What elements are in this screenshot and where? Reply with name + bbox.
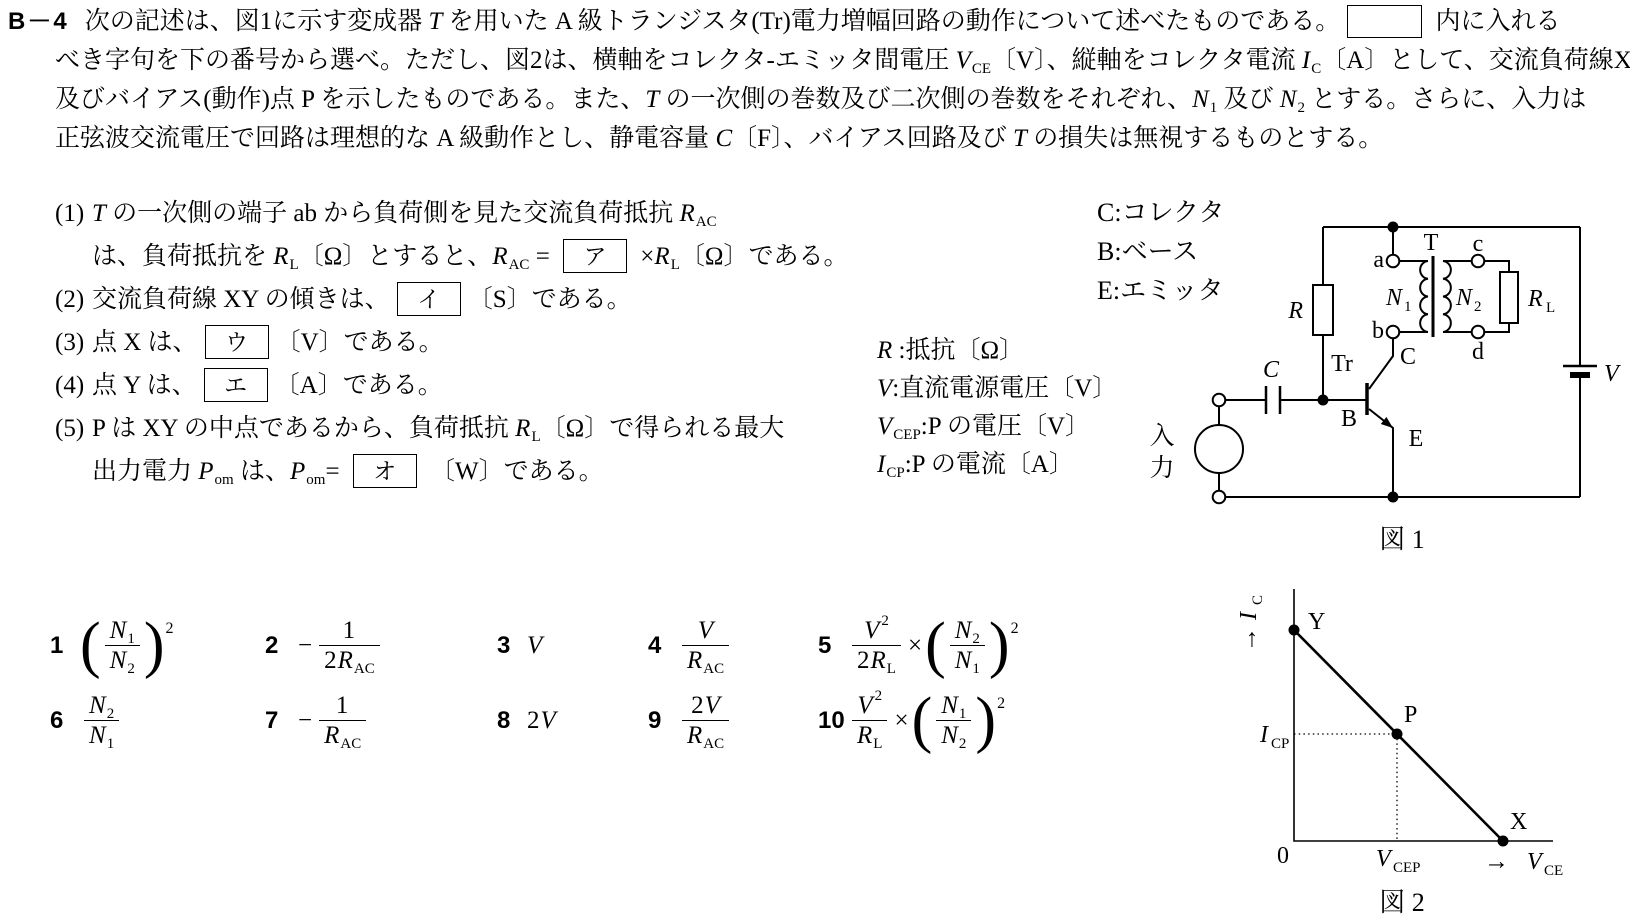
math-var: RAC: [680, 200, 717, 227]
formula-variable: V: [527, 632, 542, 660]
axes: [1294, 589, 1553, 841]
option-8-formula: 2V: [527, 707, 556, 735]
input-label-2: 力: [1149, 454, 1174, 482]
math-var: N1: [955, 647, 980, 675]
answer-blank-box: エ: [204, 368, 268, 402]
text-run: =: [325, 458, 345, 485]
formula-variable: N2: [89, 692, 114, 720]
Icp-label: I: [1259, 722, 1269, 748]
ac-source: [1195, 425, 1243, 473]
formula-variable: V: [541, 707, 556, 735]
fig2-caption: 図 2: [1379, 888, 1425, 917]
formula-variable: N2: [110, 647, 135, 675]
times-sign: ×: [894, 707, 908, 735]
Vcep-sub: CEP: [1393, 860, 1421, 876]
text-run: 正弦波交流電圧で回路は理想的な A 級動作とし、静電容量: [55, 125, 715, 152]
math-var: C: [715, 125, 732, 152]
answer-options: 1(N1N2)2 2−12RAC 3V 4VRAC 5V22RL×(N2N1)2…: [40, 608, 1019, 758]
formula-variable: RL: [871, 647, 896, 675]
text-run: ×: [634, 243, 654, 270]
math-var: T: [1013, 125, 1027, 152]
option-5-number: 5: [818, 632, 848, 660]
fraction: VRAC: [682, 616, 729, 676]
fraction: 12RAC: [319, 616, 380, 676]
resistor-R: [1313, 285, 1333, 335]
terminal-a: [1387, 255, 1400, 268]
question-2-line: (2)交流負荷線 XY の傾きは、イ〔S〕である。: [55, 278, 845, 321]
junction-dot: [1388, 222, 1399, 233]
secondary-turns-sub: 2: [1474, 299, 1482, 315]
option-5-formula: V22RL×(N2N1)2: [848, 616, 1019, 676]
Vcep-label: V: [1376, 846, 1393, 872]
text-run: :P の電流〔A〕: [905, 451, 1074, 478]
option-2-number: 2: [265, 632, 295, 660]
x-axis-label: V: [1527, 849, 1544, 875]
junction-dot: [1388, 492, 1399, 503]
answer-blank-box: イ: [397, 282, 461, 316]
answer-blank-box: ア: [563, 239, 627, 273]
fraction: N1N2: [936, 691, 971, 751]
math-var: N2: [941, 722, 966, 750]
text-run: 〔Ω〕で得られる最大: [541, 415, 785, 442]
y-axis-label-group: → I C: [1235, 595, 1266, 652]
formula-digit: 2: [527, 707, 540, 735]
option-6-number: 6: [50, 707, 80, 735]
math-var: RAC: [687, 722, 724, 750]
question-3-text: 点 X は、ウ〔V〕である。: [92, 329, 444, 356]
text-run: 点 Y は、: [92, 372, 197, 399]
guide-dotted-lines: [1294, 734, 1397, 841]
close-paren: ): [975, 692, 996, 749]
primary-coil: [1420, 261, 1428, 332]
load-resistor-sub: L: [1546, 300, 1555, 316]
math-var: T: [428, 8, 442, 35]
math-var: ICP: [877, 451, 905, 478]
fraction: N2N1: [84, 691, 119, 751]
text-run: 交流負荷線 XY の傾きは、: [92, 286, 390, 313]
minus-sign: −: [298, 632, 312, 660]
point-X-label: X: [1510, 809, 1527, 835]
question-1-line-2: は、負荷抵抗を RL〔Ω〕とすると、RAC = ア ×RL〔Ω〕である。: [55, 235, 845, 278]
transformer-label: T: [1424, 230, 1439, 256]
times-sign: ×: [908, 632, 922, 660]
collector-label: C: [1400, 344, 1416, 370]
option-3-formula: V: [527, 632, 542, 660]
option-10-formula: V2RL×(N1N2)2: [848, 691, 1005, 751]
option-9: 92VRAC: [648, 691, 818, 751]
question-3-number: (3): [55, 321, 92, 364]
question-1-number: (1): [55, 192, 92, 235]
graph-axes: [1294, 589, 1553, 841]
math-var: RL: [515, 415, 540, 442]
formula-variable: N1: [955, 647, 980, 675]
option-8-number: 8: [497, 707, 527, 735]
text-run: 点 X は、: [92, 329, 198, 356]
formula-digit: 2: [857, 647, 870, 675]
math-var: N1: [89, 722, 114, 750]
secondary-coil: [1443, 261, 1451, 332]
question-4-line: (4)点 Y は、エ〔A〕である。: [55, 364, 845, 407]
squared-exponent: 2: [1011, 620, 1019, 638]
fraction: N2N1: [950, 616, 985, 676]
formula-variable: N1: [89, 722, 114, 750]
text-run: 〔A〕である。: [275, 372, 443, 399]
option-4-formula: VRAC: [678, 616, 733, 676]
primary-turns-sub: 1: [1404, 299, 1412, 315]
text-run: とする。さらに、入力は: [1305, 86, 1586, 113]
statement-line-2: べき字句を下の番号から選べ。ただし、図2は、横軸をコレクタ-エミッタ間電圧 VC…: [8, 41, 1628, 80]
formula-variable: V2: [864, 617, 889, 645]
text-run: :P の電圧〔V〕: [921, 413, 1090, 440]
text-run: 〔A〕として、交流負荷線XY: [1321, 47, 1630, 74]
math-var: V: [698, 617, 713, 645]
legend-Icp: ICP:P の電流〔A〕: [877, 446, 1117, 484]
terminal-d-label: d: [1472, 339, 1484, 365]
text-run: :抵抗〔Ω〕: [892, 337, 1024, 364]
text-run: 〔S〕である。: [468, 286, 632, 313]
answer-blank-box: [1347, 5, 1422, 38]
math-var: N1: [1192, 86, 1217, 113]
fraction: 1RAC: [319, 691, 366, 751]
math-var: RL: [857, 722, 882, 750]
answer-blank-box: オ: [353, 454, 417, 488]
statement-line-1: B－4次の記述は、図1に示す変成器 T を用いた A 級トランジスタ(Tr)電力…: [8, 2, 1628, 41]
text-run: 〔W〕である。: [424, 458, 604, 485]
math-var: N2: [955, 617, 980, 645]
option-7: 7−1RAC: [265, 691, 497, 751]
origin-label: 0: [1277, 843, 1289, 869]
open-paren: (: [80, 617, 101, 674]
fraction: N1N2: [105, 616, 140, 676]
formula-variable: RL: [857, 722, 882, 750]
math-var: N2: [110, 647, 135, 675]
text-run: 〔V〕、縦軸をコレクタ電流: [991, 47, 1302, 74]
formula-digit: 1: [336, 692, 349, 720]
option-1: 1(N1N2)2: [50, 616, 265, 676]
point-P: [1392, 729, 1403, 740]
battery-label: V: [1604, 361, 1621, 387]
answer-blank-box: ウ: [205, 325, 269, 359]
math-var: R: [877, 337, 892, 364]
exam-document: B－4次の記述は、図1に示す変成器 T を用いた A 級トランジスタ(Tr)電力…: [0, 0, 1630, 920]
formula-variable: RAC: [338, 647, 375, 675]
option-4: 4VRAC: [648, 616, 818, 676]
text-run: 〔F〕、バイアス回路及び: [732, 125, 1013, 152]
primary-turns-label: N: [1385, 285, 1404, 311]
question-2-text: 交流負荷線 XY の傾きは、イ〔S〕である。: [92, 286, 632, 313]
Icp-sub: CP: [1271, 736, 1289, 752]
symbol-legend-circuit: R :抵抗〔Ω〕 V:直流電源電圧〔V〕 VCEP:P の電圧〔V〕 ICP:P…: [877, 332, 1117, 484]
text-run: 次の記述は、図1に示す変成器: [85, 8, 429, 35]
input-terminal-bottom: [1213, 491, 1226, 504]
squared-exponent: 2: [166, 620, 174, 638]
text-run: の損失は無視するものとする。: [1027, 125, 1383, 152]
fraction: 2VRAC: [682, 691, 729, 751]
point-Y-label: Y: [1308, 609, 1325, 635]
math-var: N2: [1280, 86, 1305, 113]
text-run: を用いた A 級トランジスタ(Tr)電力増幅回路の動作について述べたものである。: [442, 8, 1340, 35]
y-axis-arrow: →: [1235, 627, 1262, 652]
math-var: RL: [273, 243, 298, 270]
x-axis-arrow: →: [1484, 848, 1509, 875]
text-run: 出力電力: [92, 458, 198, 485]
formula-variable: V: [698, 617, 713, 645]
legend-V: V:直流電源電圧〔V〕: [877, 370, 1117, 408]
close-paren: ): [989, 617, 1010, 674]
math-var: RAC: [324, 722, 361, 750]
math-var: V: [864, 617, 879, 645]
text-run: の一次側の巻数及び二次側の巻数をそれぞれ、: [659, 86, 1192, 113]
legend-Vcep: VCEP:P の電圧〔V〕: [877, 408, 1117, 446]
math-var: Pom: [198, 458, 233, 485]
legend-R: R :抵抗〔Ω〕: [877, 332, 1117, 370]
math-var: V: [705, 692, 720, 720]
question-4-text: 点 Y は、エ〔A〕である。: [92, 372, 443, 399]
math-var: VCEP: [877, 413, 921, 440]
transistor-label: Tr: [1331, 351, 1353, 377]
question-4-number: (4): [55, 364, 92, 407]
terminal-a-label: a: [1373, 247, 1384, 273]
capacitor-symbol: [1266, 386, 1280, 414]
squared-exponent: 2: [997, 695, 1005, 713]
point-P-label: P: [1404, 702, 1417, 728]
option-1-formula: (N1N2)2: [80, 616, 174, 676]
option-2-formula: −12RAC: [295, 616, 384, 676]
problem-statement: B－4次の記述は、図1に示す変成器 T を用いた A 級トランジスタ(Tr)電力…: [8, 2, 1628, 158]
question-5-text: P は XY の中点であるから、負荷抵抗 RL〔Ω〕で得られる最大: [92, 415, 784, 442]
fraction: V2RL: [852, 691, 887, 751]
math-var: RAC: [492, 243, 529, 270]
formula-variable: N2: [941, 722, 966, 750]
statement-line-4: 正弦波交流電圧で回路は理想的な A 級動作とし、静電容量 C〔F〕、バイアス回路…: [8, 119, 1628, 158]
formula-variable: RAC: [687, 722, 724, 750]
text-run: 〔Ω〕とすると、: [299, 243, 493, 270]
option-1-number: 1: [50, 632, 80, 660]
question-1-text: T の一次側の端子 ab から負荷側を見た交流負荷抵抗 RAC: [92, 200, 717, 227]
close-paren: ): [144, 617, 165, 674]
input-label-1: 入: [1149, 422, 1174, 450]
math-var: RAC: [687, 647, 724, 675]
math-var: N1: [941, 692, 966, 720]
formula-variable: RAC: [324, 722, 361, 750]
question-2-number: (2): [55, 278, 92, 321]
formula-digit: 2: [691, 692, 704, 720]
text-run: :直流電源電圧〔V〕: [892, 375, 1117, 402]
question-number-label: B－4: [8, 8, 69, 35]
formula-variable: RAC: [687, 647, 724, 675]
y-axis-label-sub: C: [1250, 595, 1266, 605]
fig2-load-line-graph: Y P X 0 I CP V CEP → V CE → I C 図 2: [1235, 575, 1630, 920]
option-6: 6N2N1: [50, 691, 265, 751]
statement-text: 次の記述は、図1に示す変成器 T を用いた A 級トランジスタ(Tr)電力増幅回…: [85, 8, 1561, 35]
math-var: IC: [1302, 47, 1321, 74]
terminal-b-label: b: [1372, 318, 1384, 344]
option-4-number: 4: [648, 632, 678, 660]
statement-line-3: 及びバイアス(動作)点 P を示したものである。また、T の一次側の巻数及び二次…: [8, 80, 1628, 119]
math-var: V: [541, 707, 556, 735]
text-run: =: [529, 243, 556, 270]
open-paren: (: [925, 617, 946, 674]
option-6-formula: N2N1: [80, 691, 123, 751]
x-axis-label-sub: CE: [1544, 863, 1563, 879]
option-10: 10V2RL×(N1N2)2: [818, 691, 1019, 751]
option-10-number: 10: [818, 707, 848, 735]
y-axis-label: I: [1236, 611, 1262, 621]
formula-variable: N1: [110, 617, 135, 645]
formula-digit: 1: [343, 617, 356, 645]
option-9-formula: 2VRAC: [678, 691, 733, 751]
open-paren: (: [912, 692, 933, 749]
input-terminal-top: [1213, 394, 1226, 407]
question-5-line-1: (5)P は XY の中点であるから、負荷抵抗 RL〔Ω〕で得られる最大: [55, 407, 845, 450]
option-2: 2−12RAC: [265, 616, 497, 676]
math-var: V: [527, 632, 542, 660]
math-var: Pom: [290, 458, 325, 485]
terminal-d: [1472, 326, 1485, 339]
text-run: 内に入れる: [1429, 8, 1560, 35]
formula-variable: V2: [857, 692, 882, 720]
option-8: 82V: [497, 707, 648, 735]
fig1-circuit-diagram: 入 力 C R Tr B C E a b c d T N 1 N 2 R L V…: [1100, 190, 1630, 565]
question-1-line-1: (1)T の一次側の端子 ab から負荷側を見た交流負荷抵抗 RAC: [55, 192, 845, 235]
option-7-formula: −1RAC: [295, 691, 370, 751]
formula-variable: N1: [941, 692, 966, 720]
math-var: N2: [89, 692, 114, 720]
secondary-turns-label: N: [1455, 285, 1474, 311]
base-label: B: [1341, 406, 1357, 432]
text-run: べき字句を下の番号から選べ。ただし、図2は、横軸をコレクタ-エミッタ間電圧: [55, 47, 956, 74]
fig1-caption: 図 1: [1379, 525, 1425, 554]
emitter-label: E: [1409, 426, 1424, 452]
text-run: P は XY の中点であるから、負荷抵抗: [92, 415, 515, 442]
point-Y: [1289, 625, 1300, 636]
text-run: は、負荷抵抗を: [92, 243, 273, 270]
terminal-c-label: c: [1473, 231, 1484, 257]
option-3-number: 3: [497, 632, 527, 660]
math-var: N1: [110, 617, 135, 645]
math-var: VCE: [956, 47, 991, 74]
formula-variable: V: [705, 692, 720, 720]
math-var: RL: [654, 243, 679, 270]
text-run: 〔Ω〕である。: [680, 243, 849, 270]
capacitor-label: C: [1263, 357, 1280, 383]
collector-wire: [1369, 338, 1393, 389]
math-var: T: [92, 200, 106, 227]
fraction: V22RL: [852, 616, 901, 676]
math-var: T: [645, 86, 659, 113]
terminal-b: [1387, 326, 1400, 339]
question-5-line-2: 出力電力 Pom は、Pom= オ 〔W〕である。: [55, 450, 845, 493]
load-resistor-label: R: [1527, 286, 1543, 312]
resistor-label: R: [1287, 298, 1303, 324]
sub-questions: (1)T の一次側の端子 ab から負荷側を見た交流負荷抵抗 RAC は、負荷抵…: [55, 192, 845, 493]
text-run: は、: [234, 458, 290, 485]
question-3-line: (3)点 X は、ウ〔V〕である。: [55, 321, 845, 364]
option-9-number: 9: [648, 707, 678, 735]
option-5: 5V22RL×(N2N1)2: [818, 616, 1019, 676]
point-X: [1498, 836, 1509, 847]
math-var: V: [857, 692, 872, 720]
formula-variable: N2: [955, 617, 980, 645]
junction-dot: [1318, 395, 1329, 406]
minus-sign: −: [298, 707, 312, 735]
math-var: V: [877, 375, 892, 402]
option-3: 3V: [497, 632, 648, 660]
text-run: 及び: [1217, 86, 1280, 113]
text-run: の一次側の端子 ab から負荷側を見た交流負荷抵抗: [106, 200, 680, 227]
math-var: RAC: [338, 647, 375, 675]
text-run: 〔V〕である。: [276, 329, 444, 356]
load-resistor-RL: [1500, 272, 1518, 323]
option-7-number: 7: [265, 707, 295, 735]
question-5-number: (5): [55, 407, 92, 450]
text-run: 及びバイアス(動作)点 P を示したものである。また、: [55, 86, 645, 113]
formula-digit: 2: [324, 647, 337, 675]
math-var: RL: [871, 647, 896, 675]
